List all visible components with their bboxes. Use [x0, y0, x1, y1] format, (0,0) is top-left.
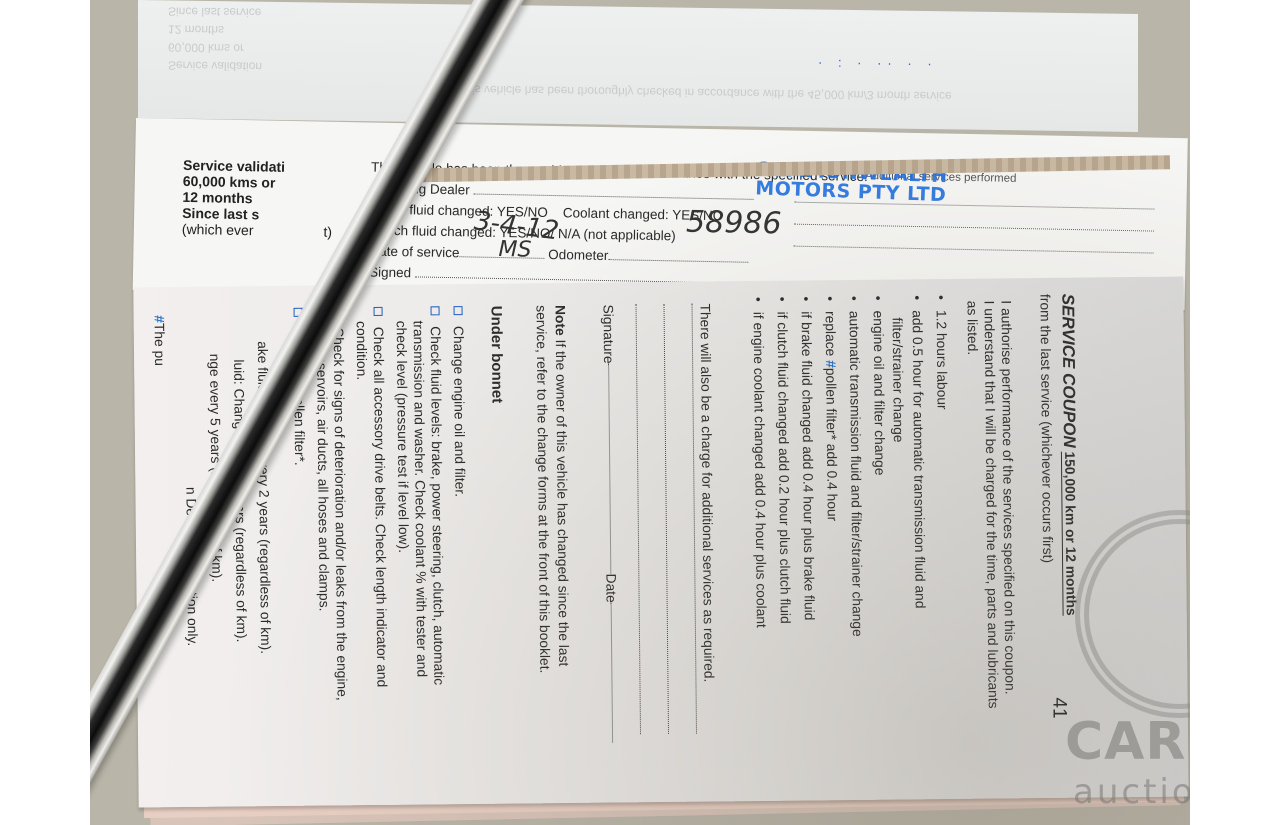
coupon-interval-sub: from the last service (whichever occurs …	[1033, 294, 1059, 616]
labour-item: • add 0.5 hour for automatic transmissio…	[904, 295, 932, 636]
labour-list: • 1.2 hours labour• add 0.5 hour for aut…	[745, 295, 956, 638]
checklist-item: Check for signs of deterioration and/or …	[330, 307, 351, 701]
previous-page-faded: Since last service 12 months 60,000 kms …	[138, 0, 1138, 132]
checkbox-icon[interactable]	[373, 307, 382, 316]
labour-item: • 1.2 hours labour	[928, 295, 956, 636]
handwritten-odometer: 58986	[686, 205, 782, 242]
ghost-text: Service validation	[168, 58, 262, 73]
section-heading: Under bonnet	[467, 306, 513, 700]
additional-lines: SignatureDate	[594, 304, 711, 743]
ghost-text: 12 months	[168, 22, 224, 37]
ghost-text: This vehicle has been thoroughly checked…	[458, 82, 952, 103]
checkbox-icon[interactable]	[453, 306, 462, 315]
labour-item: • if clutch fluid changed add 0.2 hour p…	[769, 297, 797, 638]
ghost-text: Since last service	[168, 4, 261, 19]
labour-item: • replace #pollen filter* add 0.4 hour	[817, 296, 845, 637]
validation-interval-text: Service validati 60,000 kms or 12 months…	[182, 157, 334, 240]
checklist-item: Check all accessory drive belts. Check l…	[370, 307, 391, 701]
pollen-footnote: #The pu	[148, 315, 172, 366]
labour-item: • engine oil and filter change	[865, 296, 893, 637]
labour-item: • automatic transmission fluid and filte…	[841, 296, 869, 637]
coupon-title-block: SERVICE COUPON 150,000 km or 12 months f…	[1033, 294, 1082, 616]
coupon-title: SERVICE COUPON	[1058, 294, 1079, 448]
ghost-text: 60,000 kms or	[168, 40, 244, 55]
coupon-interval: 150,000 km or 12 months	[1062, 451, 1079, 615]
stamp-bleed: · : · ·· · ·	[818, 54, 938, 71]
labour-item: • if brake fluid changed add 0.4 hour pl…	[793, 296, 821, 637]
owner-change-note: Note If the owner of this vehicle has ch…	[532, 305, 574, 673]
checkbox-icon[interactable]	[430, 306, 439, 315]
booklet-photo: Since last service 12 months 60,000 kms …	[90, 0, 1190, 825]
authorisation-text: I authorise performance of the services …	[963, 300, 1018, 709]
handwritten-initials: MS	[498, 237, 531, 263]
page-number: 41	[1048, 697, 1070, 718]
labour-item: • if engine coolant changed add 0.4 hour…	[745, 297, 773, 638]
